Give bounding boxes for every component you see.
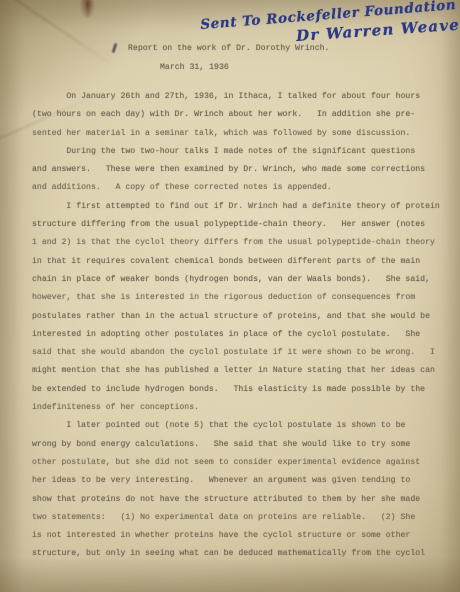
- text-line: in that it requires covalent chemical bo…: [32, 253, 456, 271]
- text-line: 1 and 2) is that the cyclol theory diffe…: [32, 234, 456, 252]
- text-line: structure, but only in seeing what can b…: [32, 545, 456, 563]
- text-line: two statements: (1) No experimental data…: [32, 509, 456, 527]
- text-line: chain in place of weaker bonds (hydrogen…: [32, 271, 456, 289]
- text-line: sented her material in a seminar talk, w…: [32, 125, 456, 143]
- text-line: indefiniteness of her conceptions.: [32, 399, 456, 417]
- text-line: I later pointed out (note 5) that the cy…: [32, 417, 456, 435]
- text-line: During the two two-hour talks I made not…: [32, 143, 456, 161]
- text-line: be extended to include hydrogen bonds. T…: [32, 381, 456, 399]
- text-line: (two hours on each day) with Dr. Wrinch …: [32, 106, 456, 124]
- paper-crease: [0, 0, 120, 71]
- text-line: other postulate, but she did not seem to…: [32, 454, 456, 472]
- text-line: her ideas to be very interesting. Whenev…: [32, 472, 456, 490]
- scanned-document-page: Sent To Rockefeller Foundation Dr Warren…: [0, 0, 460, 592]
- report-title: Report on the work of Dr. Dorothy Wrinch…: [128, 44, 329, 53]
- text-line: and answers. These were then examined by…: [32, 161, 456, 179]
- ink-streak: [86, 1, 90, 18]
- pen-mark: [112, 43, 118, 53]
- text-line: interested in adopting other postulates …: [32, 326, 456, 344]
- text-line: I first attempted to find out if Dr. Wri…: [32, 198, 456, 216]
- text-line: and additions. A copy of these corrected…: [32, 179, 456, 197]
- text-line: wrong by bond energy calculations. She s…: [32, 436, 456, 454]
- report-date: March 31, 1936: [160, 63, 229, 72]
- text-line: postulates rather than in the actual str…: [32, 308, 456, 326]
- text-line: is not interested in whether proteins ha…: [32, 527, 456, 545]
- text-line: On January 26th and 27th, 1936, in Ithac…: [32, 88, 456, 106]
- text-line: might mention that she has published a l…: [32, 362, 456, 380]
- report-body: On January 26th and 27th, 1936, in Ithac…: [32, 88, 456, 564]
- text-line: however, that she is interested in the r…: [32, 289, 456, 307]
- text-line: structure differing from the usual polyp…: [32, 216, 456, 234]
- text-line: said that she would abandon the cyclol p…: [32, 344, 456, 362]
- text-line: show that proteins do not have the struc…: [32, 491, 456, 509]
